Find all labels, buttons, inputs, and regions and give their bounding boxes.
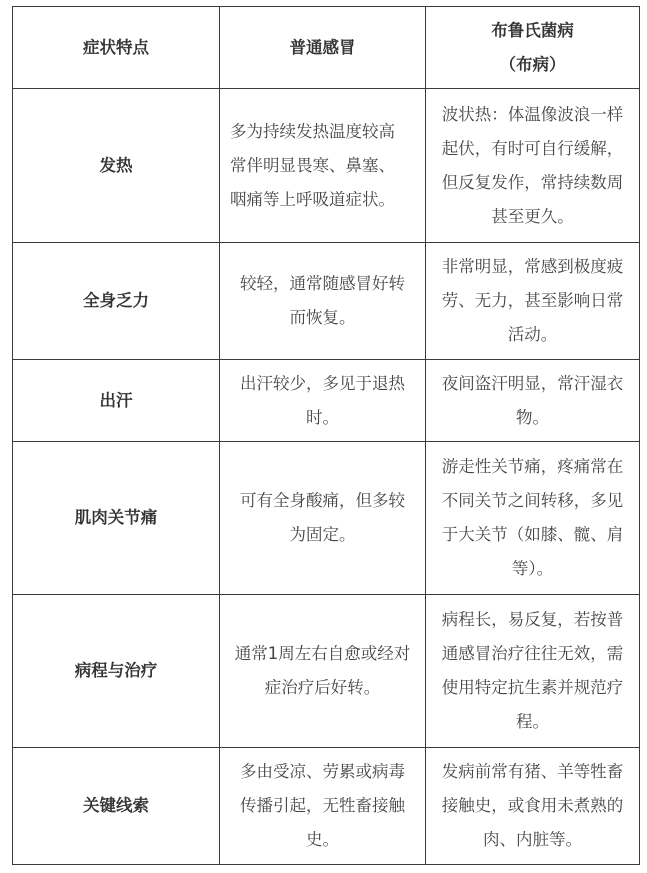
common-cold-cell: 较轻，通常随感冒好转 而恢复。 [220,243,426,360]
table-row: 发热 多为持续发热温度较高 常伴明显畏寒、鼻塞、 咽痛等上呼吸道症状。 波状热：… [13,89,640,243]
feature-cell: 全身乏力 [13,243,220,360]
feature-cell: 病程与治疗 [13,595,220,748]
common-cold-cell: 可有全身酸痛，但多较 为固定。 [220,442,426,595]
brucellosis-cell: 游走性关节痛，疼痛常在 不同关节之间转移，多见 于大关节（如膝、髋、肩 等）。 [426,442,640,595]
brucellosis-cell: 波状热：体温像波浪一样 起伏，有时可自行缓解， 但反复发作，常持续数周 甚至更久… [426,89,640,243]
feature-cell: 发热 [13,89,220,243]
comparison-table: 症状特点 普通感冒 布鲁氏菌病 （布病） 发热 多为持续发热温度较高 常伴明显畏… [12,6,640,865]
brucellosis-cell: 发病前常有猪、羊等牲畜 接触史，或食用未煮熟的 肉、内脏等。 [426,748,640,865]
header-row: 症状特点 普通感冒 布鲁氏菌病 （布病） [13,7,640,89]
table-row: 出汗 出汗较少，多见于退热 时。 夜间盗汗明显，常汗湿衣 物。 [13,360,640,442]
brucellosis-cell: 夜间盗汗明显，常汗湿衣 物。 [426,360,640,442]
table-row: 全身乏力 较轻，通常随感冒好转 而恢复。 非常明显，常感到极度疲 劳、无力，甚至… [13,243,640,360]
common-cold-cell: 出汗较少，多见于退热 时。 [220,360,426,442]
brucellosis-cell: 非常明显，常感到极度疲 劳、无力，甚至影响日常 活动。 [426,243,640,360]
feature-cell: 关键线索 [13,748,220,865]
table-row: 肌肉关节痛 可有全身酸痛，但多较 为固定。 游走性关节痛，疼痛常在 不同关节之间… [13,442,640,595]
common-cold-cell: 多由受凉、劳累或病毒 传播引起，无牲畜接触 史。 [220,748,426,865]
table-row: 病程与治疗 通常1周左右自愈或经对 症治疗后好转。 病程长，易反复，若按普 通感… [13,595,640,748]
common-cold-cell: 多为持续发热温度较高 常伴明显畏寒、鼻塞、 咽痛等上呼吸道症状。 [220,89,426,243]
header-brucellosis: 布鲁氏菌病 （布病） [426,7,640,89]
feature-cell: 肌肉关节痛 [13,442,220,595]
table-row: 关键线索 多由受凉、劳累或病毒 传播引起，无牲畜接触 史。 发病前常有猪、羊等牲… [13,748,640,865]
common-cold-cell: 通常1周左右自愈或经对 症治疗后好转。 [220,595,426,748]
feature-cell: 出汗 [13,360,220,442]
header-common-cold: 普通感冒 [220,7,426,89]
brucellosis-cell: 病程长，易反复，若按普 通感冒治疗往往无效，需 使用特定抗生素并规范疗 程。 [426,595,640,748]
header-symptom: 症状特点 [13,7,220,89]
